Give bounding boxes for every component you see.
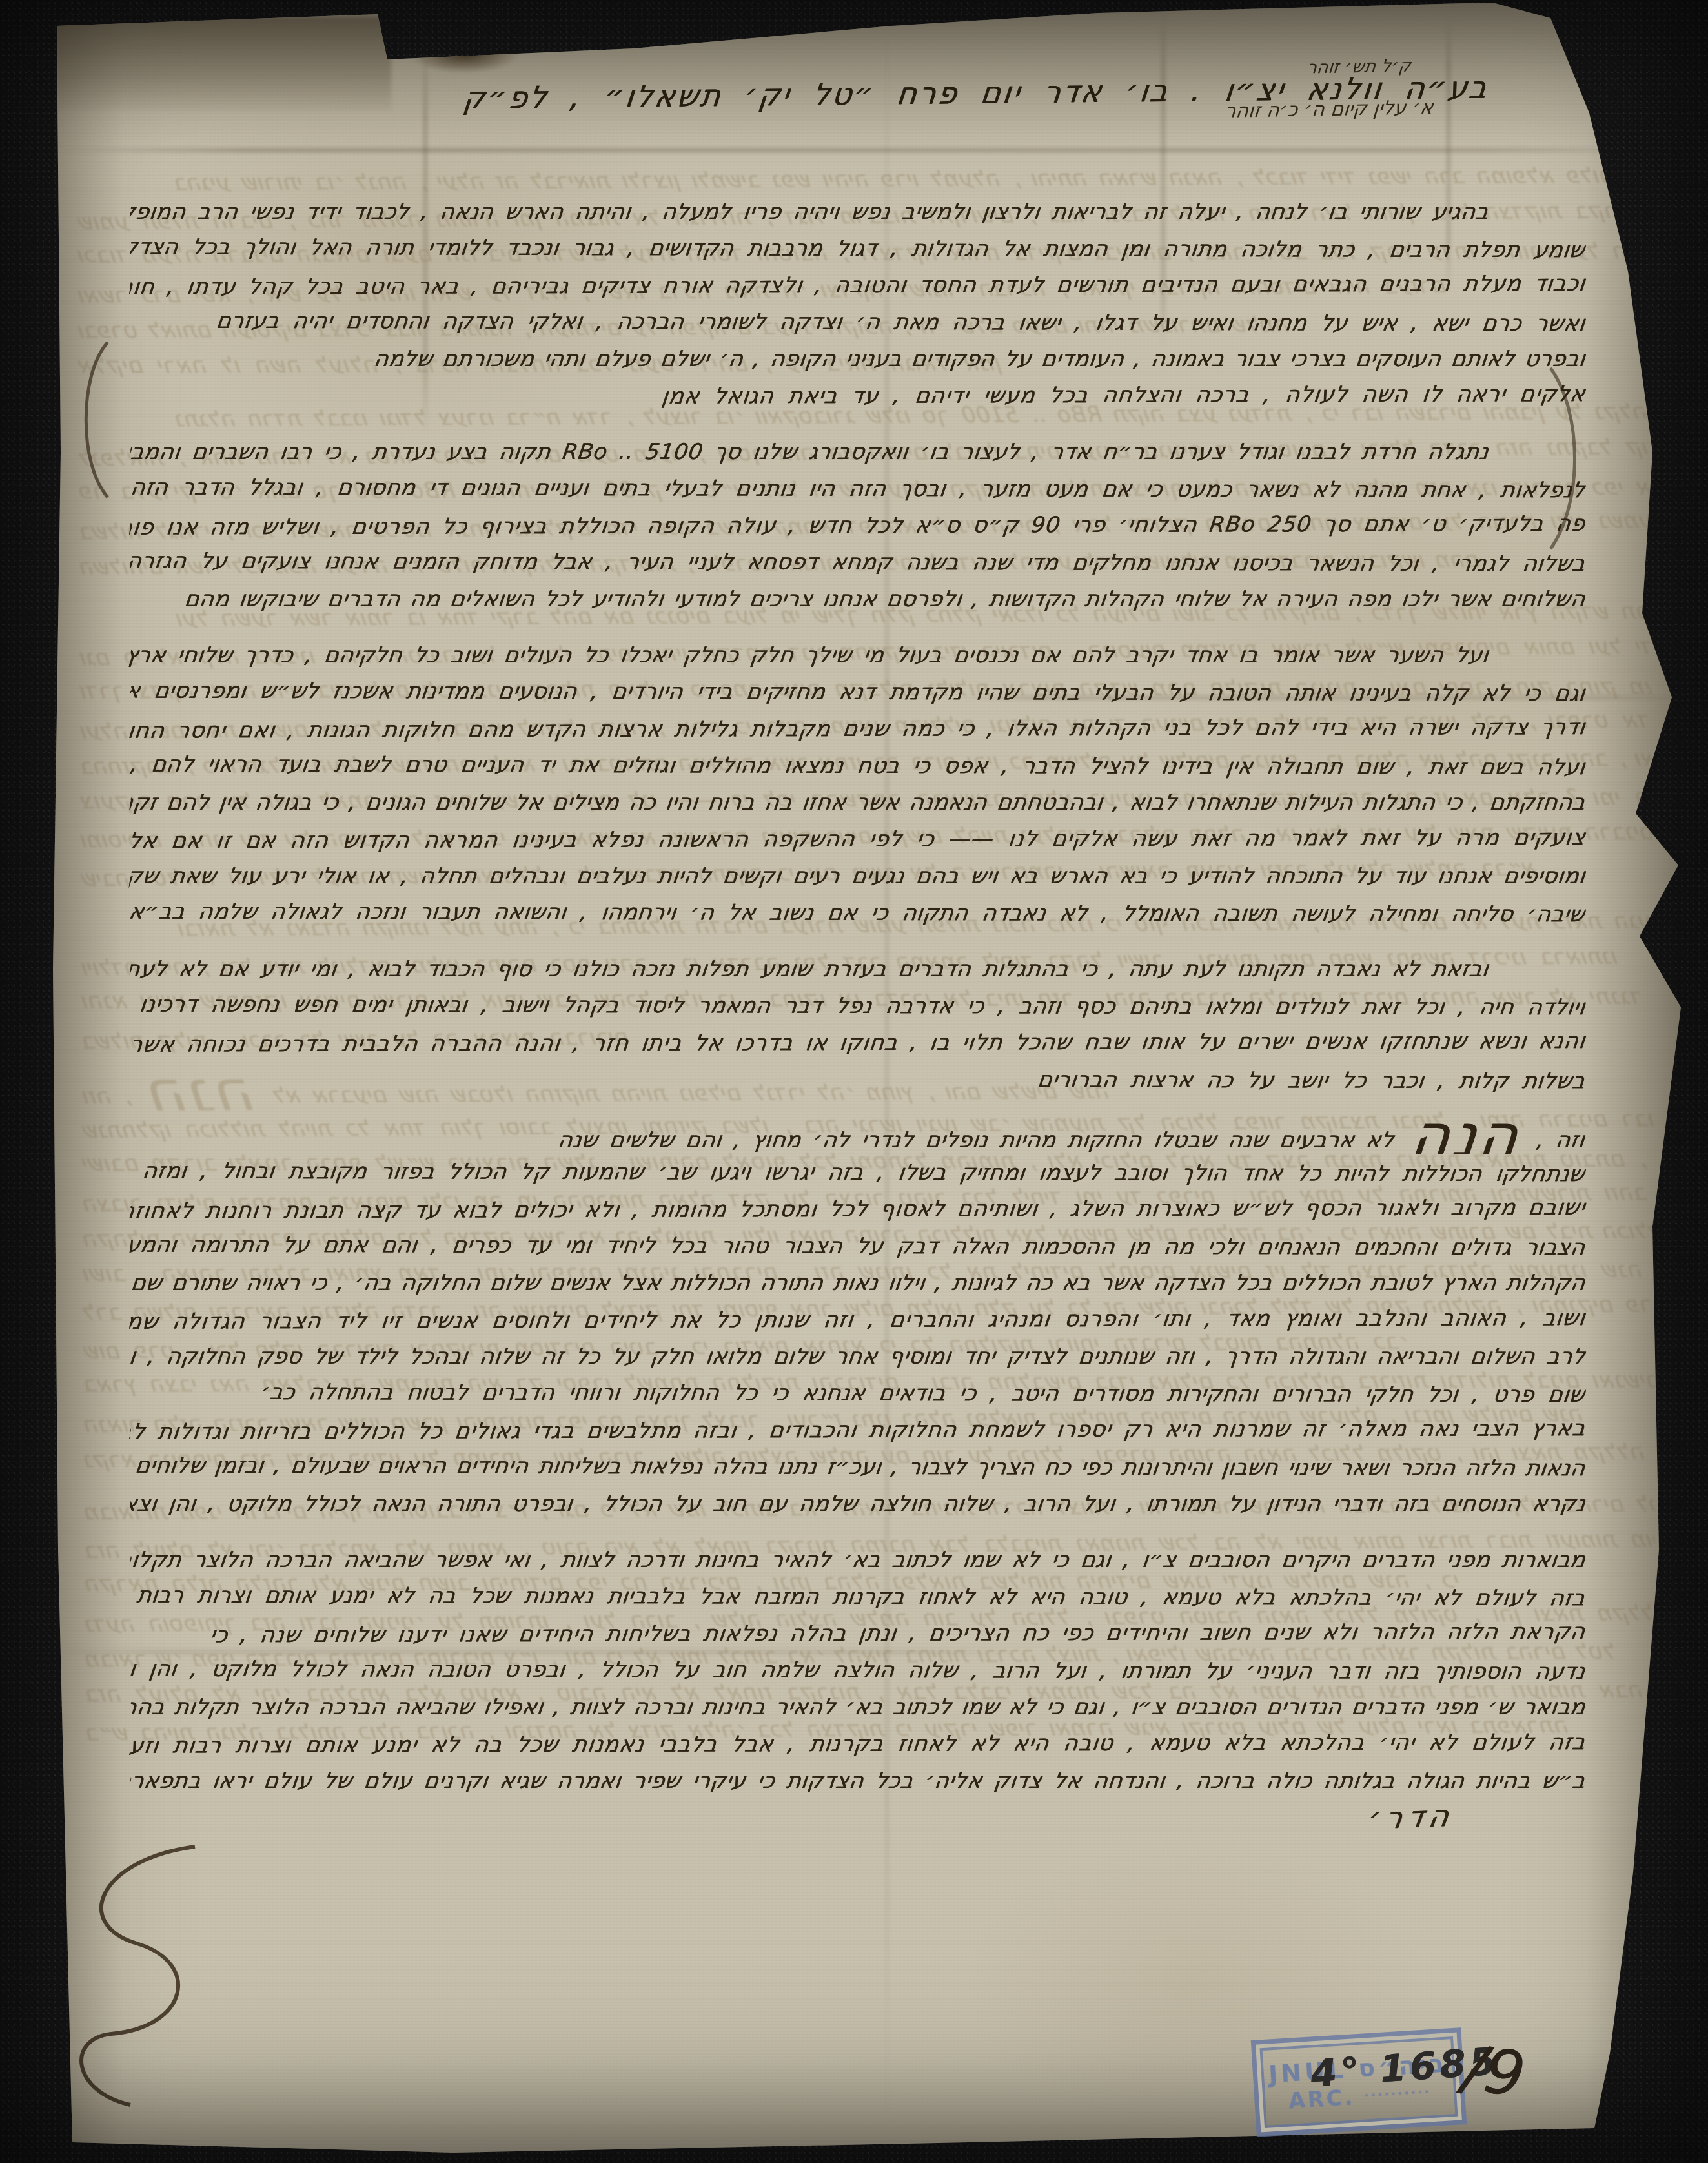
manuscript-line: נדעה הוספותיך בזה ודבר העניני׳ על תמורתו… [128, 1651, 1587, 1691]
manuscript-paragraph: וזה ,הנהלא ארבעים שנה שבטלו החזקות מהיות… [130, 1118, 1585, 1522]
manuscript-line: ובזאת לא נאבדה תקותנו לעת עתה , כי בהתגל… [128, 951, 1588, 988]
manuscript-paragraph: נתגלה חרדת לבבנו וגודל צערנו בר״ח אדר , … [130, 434, 1585, 618]
manuscript-line: ישובם מקרוב ולאגור הכסף לש״ש כאוצרות השל… [128, 1189, 1589, 1230]
manuscript-line: בארץ הצבי נאה מאלה׳ זה שמרנות היא רק יספ… [128, 1410, 1589, 1451]
manuscript-line: וזה ,הנהלא ארבעים שנה שבטלו החזקות מהיות… [128, 1118, 1588, 1154]
manuscript-line: ואשר כרם ישא , איש על מחנהו ואיש על דגלו… [128, 303, 1587, 343]
manuscript-line: שנתחלקו הכוללות להיות כל אחד הולך וסובב … [128, 1153, 1587, 1193]
manuscript-line: בשלות קלות , וכבר כל יושב על כה ארצות הב… [128, 1060, 1587, 1100]
photograph-background: ק׳ל תש׳ זוהר א׳ עלין קיום ה׳ כ׳ה זוהר בע… [0, 0, 1708, 2163]
manuscript-line: וגם כי לא קלה בעינינו אותה הטובה על הבעל… [128, 673, 1587, 713]
manuscript-line: ויולדה חיה , וכל זאת לנולדים ומלאו בתיהם… [128, 987, 1587, 1027]
manuscript-line: הנאות הלזה הנזכר ושאר שינוי חשבון והיתרו… [128, 1448, 1587, 1488]
horizontal-fold-crease [53, 149, 1682, 152]
manuscript-line: בהחזקתם , כי התגלות העילות שנתאחרו לבוא … [128, 784, 1588, 821]
manuscript-paragraph: מבוארות מפני הדברים היקרים הסובבים צ״ו ,… [130, 1542, 1585, 1799]
manuscript-paper-sheet: ק׳ל תש׳ זוהר א׳ עלין קיום ה׳ כ׳ה זוהר בע… [53, 0, 1682, 2158]
manuscript-line: נתגלה חרדת לבבנו וגודל צערנו בר״ח אדר , … [128, 434, 1588, 471]
manuscript-line: אלקים יראה לו השה לעולה , ברכה והצלחה בכ… [128, 376, 1589, 416]
manuscript-line: הקראת הלזה הלזהר ולא שנים חשוב והיחידים … [128, 1614, 1589, 1654]
signature-word: הדר׳ [123, 1794, 1594, 1880]
manuscript-line: מבואר ש׳ מפני הדברים הנדורים הסובבים צ״ו… [128, 1689, 1588, 1726]
manuscript-line: השלוחים אשר ילכו מפה העירה אל שלוחי הקהל… [128, 581, 1588, 618]
manuscript-line: בזה לעולם לא יהי׳ בהלכתא בלא טעמא , טובה… [128, 1724, 1589, 1765]
manuscript-paragraph: בהגיע שורותי בו׳ לנחה , יעלה זה לבריאות … [130, 194, 1585, 415]
manuscript-line: לנפלאות , אחת מהנה לא נשאר כמעט כי אם מע… [128, 469, 1587, 509]
manuscript-line: שיבה׳ סליחה ומחילה לעושה תשובה האומלל , … [128, 894, 1587, 934]
manuscript-line: והנא ונשא שנתחזקו אנשים ישרים על אותו שב… [128, 1023, 1589, 1063]
manuscript-line: ועלה בשם זאת , שום תחבולה אין בידינו להצ… [128, 746, 1587, 786]
manuscript-line: בזה לעולם לא יהי׳ בהלכתא בלא טעמא , טובה… [128, 1577, 1587, 1617]
manuscript-line: ב״ש בהיות הגולה בגלותה כולה ברוכה , והנד… [128, 1763, 1588, 1799]
manuscript-line: הצבור גדולים והחכמים הנאנחים ולכי מה מן … [128, 1227, 1587, 1267]
manuscript-line: פה בלעדיק׳ ט׳ אתם סך ‎RBo 250‎ הצלוחי׳ פ… [128, 506, 1589, 546]
manuscript-paragraph: ועל השער אשר אומר בו אחד יקרב להם אם נכנ… [130, 637, 1585, 932]
manuscript-line: ומוסיפים אנחנו עוד על התוכחה להודיע כי ב… [128, 858, 1588, 895]
manuscript-line: צועקים מרה על זאת לאמר מה זאת עשה אלקים … [128, 819, 1589, 860]
manuscript-line: מבוארות מפני הדברים היקרים הסובבים צ״ו ,… [128, 1542, 1588, 1579]
manuscript-line: בהגיע שורותי בו׳ לנחה , יעלה זה לבריאות … [128, 194, 1588, 231]
manuscript-line: שומע תפלת הרבים , כתר מלוכה מתורה ומן המ… [128, 229, 1587, 269]
manuscript-line: שום פרט , וכל חלקי הברורים והחקירות מסוד… [128, 1374, 1587, 1414]
manuscript-line: הקהלות הארץ לטובת הכוללים בכל הצדקה אשר … [128, 1265, 1588, 1302]
folio-number: ∕9 [1459, 2031, 1530, 2111]
manuscript-line: לרב השלום והבריאה והגדולה הדרך , וזה שנו… [128, 1338, 1588, 1375]
display-word: הנה [1390, 1118, 1542, 1154]
ink-stain [409, 34, 519, 74]
manuscript-line: נקרא הנוסחים בזה ודברי הנידון על תמורתו … [128, 1486, 1588, 1522]
manuscript-text-layer: בהגיע שורותי בו׳ לנחה , יעלה זה לבריאות … [130, 194, 1585, 2061]
manuscript-line: ובפרט לאותם העוסקים בצרכי צבור באמונה , … [128, 341, 1588, 378]
manuscript-line: ועל השער אשר אומר בו אחד יקרב להם אם נכנ… [128, 637, 1588, 674]
manuscript-line: בשלוה לגמרי , וכל הנשאר בכיסנו אנחנו מחל… [128, 543, 1587, 583]
manuscript-paragraph: ובזאת לא נאבדה תקותנו לעת עתה , כי בהתגל… [130, 951, 1585, 1098]
manuscript-line: ודרך צדקה ישרה היא בידי להם לכל בני הקהל… [128, 709, 1589, 750]
manuscript-line: ושוב , האוהב והנלבב ואומץ מאד , ותו׳ והפ… [128, 1300, 1589, 1340]
manuscript-line: וכבוד מעלת הרבנים הגבאים ובעם הנדיבים תו… [128, 265, 1589, 306]
